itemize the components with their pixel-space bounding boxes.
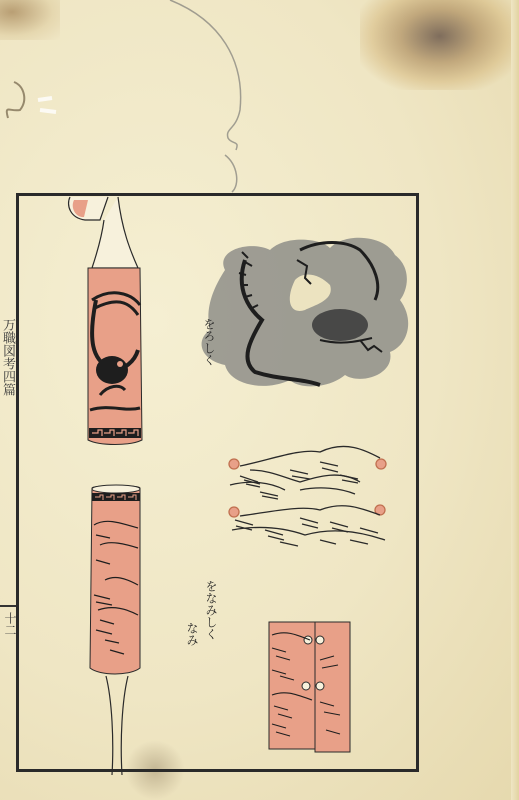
caption-waves-2: なみ (186, 622, 198, 646)
caption-dragon: をろしく (203, 318, 215, 366)
illustrations (0, 0, 519, 800)
pipe-waves (90, 485, 140, 775)
book-page: 万職図考四篇 十二 (0, 0, 519, 800)
caption-waves-1: をなみしく (205, 580, 217, 640)
waves-pattern (229, 446, 386, 546)
pouch-waves (269, 622, 350, 752)
pipe-dragon (69, 197, 142, 445)
dragon-in-clouds (202, 238, 409, 387)
